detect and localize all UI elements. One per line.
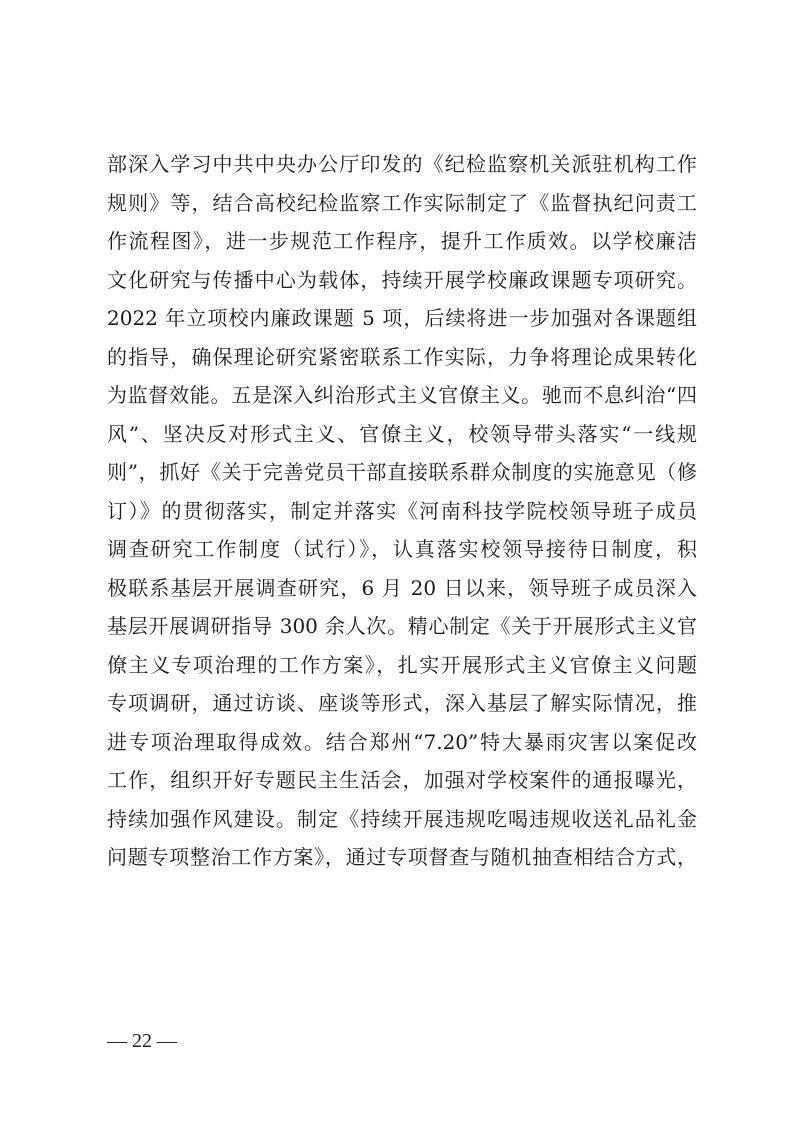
- text-line: 则”，抓好《关于完善党员干部直接联系群众制度的实施意见（修: [107, 453, 697, 492]
- text-line: 规则》等，结合高校纪检监察工作实际制定了《监督执纪问责工: [107, 184, 697, 223]
- text-line: 文化研究与传播中心为载体，持续开展学校廉政课题专项研究。: [107, 261, 697, 300]
- text-line: 订）》的贯彻落实，制定并落实《河南科技学院校领导班子成员: [107, 492, 697, 531]
- text-line: 部深入学习中共中央办公厅印发的《纪检监察机关派驻机构工作: [107, 145, 697, 184]
- text-line: 工作，组织开好专题民主生活会，加强对学校案件的通报曝光，: [107, 761, 697, 800]
- text-line: 为监督效能。五是深入纠治形式主义官僚主义。驰而不息纠治“四: [107, 376, 697, 415]
- document-page: 部深入学习中共中央办公厅印发的《纪检监察机关派驻机构工作 规则》等，结合高校纪检…: [0, 0, 793, 1122]
- page-number: — 22 —: [107, 1030, 177, 1053]
- text-line: 极联系基层开展调查研究，6 月 20 日以来，领导班子成员深入: [107, 569, 697, 608]
- text-line: 风”、坚决反对形式主义、官僚主义，校领导带头落实“一线规: [107, 415, 697, 454]
- text-line: 持续加强作风建设。制定《持续开展违规吃喝违规收送礼品礼金: [107, 800, 697, 839]
- text-line: 调查研究工作制度（试行）》，认真落实校领导接待日制度，积: [107, 530, 697, 569]
- body-paragraph: 部深入学习中共中央办公厅印发的《纪检监察机关派驻机构工作 规则》等，结合高校纪检…: [107, 145, 697, 877]
- text-line: 专项调研，通过访谈、座谈等形式，深入基层了解实际情况，推: [107, 684, 697, 723]
- text-line: 僚主义专项治理的工作方案》，扎实开展形式主义官僚主义问题: [107, 646, 697, 685]
- text-line: 作流程图》，进一步规范工作程序，提升工作质效。以学校廉洁: [107, 222, 697, 261]
- text-line: 的指导，确保理论研究紧密联系工作实际，力争将理论成果转化: [107, 338, 697, 377]
- text-line: 进专项治理取得成效。结合郑州“7.20”特大暴雨灾害以案促改: [107, 723, 697, 762]
- text-line: 2022 年立项校内廉政课题 5 项，后续将进一步加强对各课题组: [107, 299, 697, 338]
- text-line: 问题专项整治工作方案》，通过专项督查与随机抽查相结合方式，: [107, 838, 697, 877]
- text-line: 基层开展调研指导 300 余人次。精心制定《关于开展形式主义官: [107, 607, 697, 646]
